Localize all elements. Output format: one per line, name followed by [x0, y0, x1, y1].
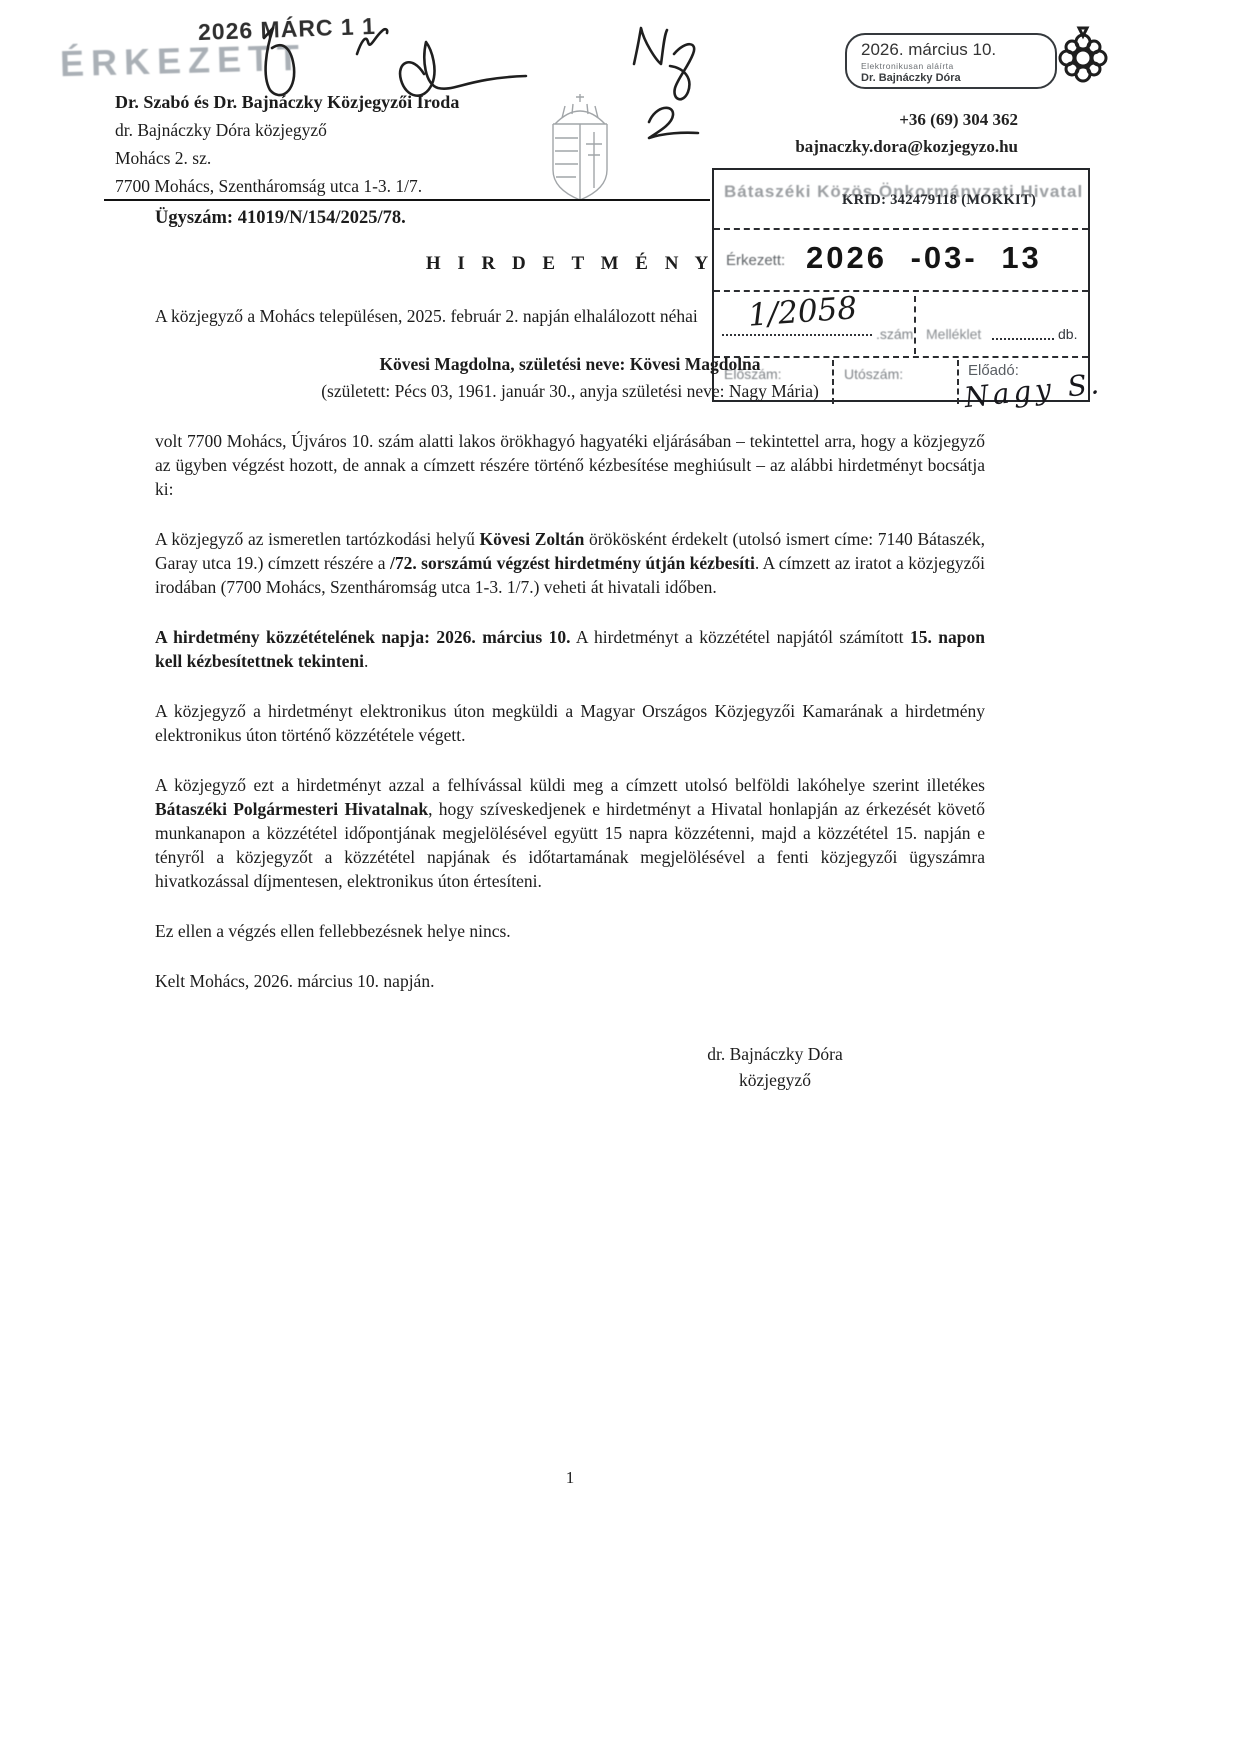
paragraph-1: volt 7700 Mohács, Újváros 10. szám alatt…	[155, 429, 985, 501]
letterhead-notary-name: dr. Bajnáczky Dóra közjegyző	[115, 116, 459, 144]
letterhead: Dr. Szabó és Dr. Bajnáczky Közjegyzői Ir…	[115, 88, 459, 200]
esign-date: 2026. március 10.	[861, 40, 1041, 60]
municipality-office-bold: Bátaszéki Polgármesteri Hivatalnak	[155, 799, 428, 819]
esign-signer: Dr. Bajnáczky Dóra	[861, 72, 1041, 84]
page-number: 1	[155, 1468, 985, 1488]
letterhead-address: 7700 Mohács, Szentháromság utca 1-3. 1/7…	[115, 172, 459, 200]
paragraph-2: A közjegyző az ismeretlen tartózkodási h…	[155, 527, 985, 599]
paragraph-3-text: .	[364, 651, 368, 671]
esign-stamp: 2026. március 10. Elektronikusan aláírta…	[845, 33, 1057, 89]
letterhead-office-name: Dr. Szabó és Dr. Bajnáczky Közjegyzői Ir…	[115, 88, 459, 116]
heir-name: Kövesi Zoltán	[480, 529, 585, 549]
document-body: Ügyszám: 41019/N/154/2025/78. H I R D E …	[155, 206, 985, 1093]
notary-seal-icon	[1052, 26, 1114, 90]
contact-email: bajnaczky.dora@kozjegyzo.hu	[795, 133, 1018, 160]
handwritten-ng-monogram	[626, 20, 706, 112]
no-appeal-line: Ez ellen a végzés ellen fellebbezésnek h…	[155, 919, 985, 943]
melleklet-dotted-line	[992, 338, 1054, 340]
case-label: Ügyszám:	[155, 208, 233, 228]
paragraph-3-text: A hirdetményt a közzététel napjától szám…	[570, 627, 910, 647]
deceased-name: Kövesi Magdolna, születési neve: Kövesi …	[155, 352, 985, 376]
document-page: ÉRKEZETT 2026 MÁRC 1 1 Dr. Szabó és Dr. …	[0, 0, 1240, 1754]
order-number-bold: /72. sorszámú végzést hirdetmény útján k…	[390, 553, 755, 573]
contact-block: +36 (69) 304 362 bajnaczky.dora@kozjegyz…	[795, 106, 1018, 160]
paragraph-2-text: A közjegyző az ismeretlen tartózkodási h…	[155, 529, 480, 549]
paragraph-4: A közjegyző a hirdetményt elektronikus ú…	[155, 699, 985, 747]
contact-phone: +36 (69) 304 362	[795, 106, 1018, 133]
deceased-birth-data: (született: Pécs 03, 1961. január 30., a…	[155, 379, 985, 403]
signature-block: dr. Bajnáczky Dóra közjegyző	[615, 1041, 935, 1093]
publication-date-bold: A hirdetmény közzétételének napja: 2026.…	[155, 627, 570, 647]
esign-method: Elektronikusan aláírta	[861, 61, 1041, 71]
db-label: db.	[1058, 326, 1077, 342]
paragraph-3: A hirdetmény közzétételének napja: 2026.…	[155, 625, 985, 673]
case-number: 41019/N/154/2025/78.	[238, 208, 406, 228]
dated-line: Kelt Mohács, 2026. március 10. napján.	[155, 969, 985, 993]
case-number-line: Ügyszám: 41019/N/154/2025/78.	[155, 206, 985, 230]
signature-name: dr. Bajnáczky Dóra	[615, 1041, 935, 1067]
paragraph-5-text: A közjegyző ezt a hirdetményt azzal a fe…	[155, 775, 985, 795]
paragraph-5: A közjegyző ezt a hirdetményt azzal a fe…	[155, 773, 985, 893]
letterhead-seat: Mohács 2. sz.	[115, 144, 459, 172]
hungarian-coat-of-arms-icon	[540, 92, 620, 206]
intro-line: A közjegyző a Mohács településen, 2025. …	[155, 304, 985, 328]
handwritten-number-two	[642, 100, 704, 142]
signature-title: közjegyző	[615, 1067, 935, 1093]
letterhead-divider	[104, 199, 710, 201]
document-title: H I R D E T M É N Y	[155, 252, 985, 276]
